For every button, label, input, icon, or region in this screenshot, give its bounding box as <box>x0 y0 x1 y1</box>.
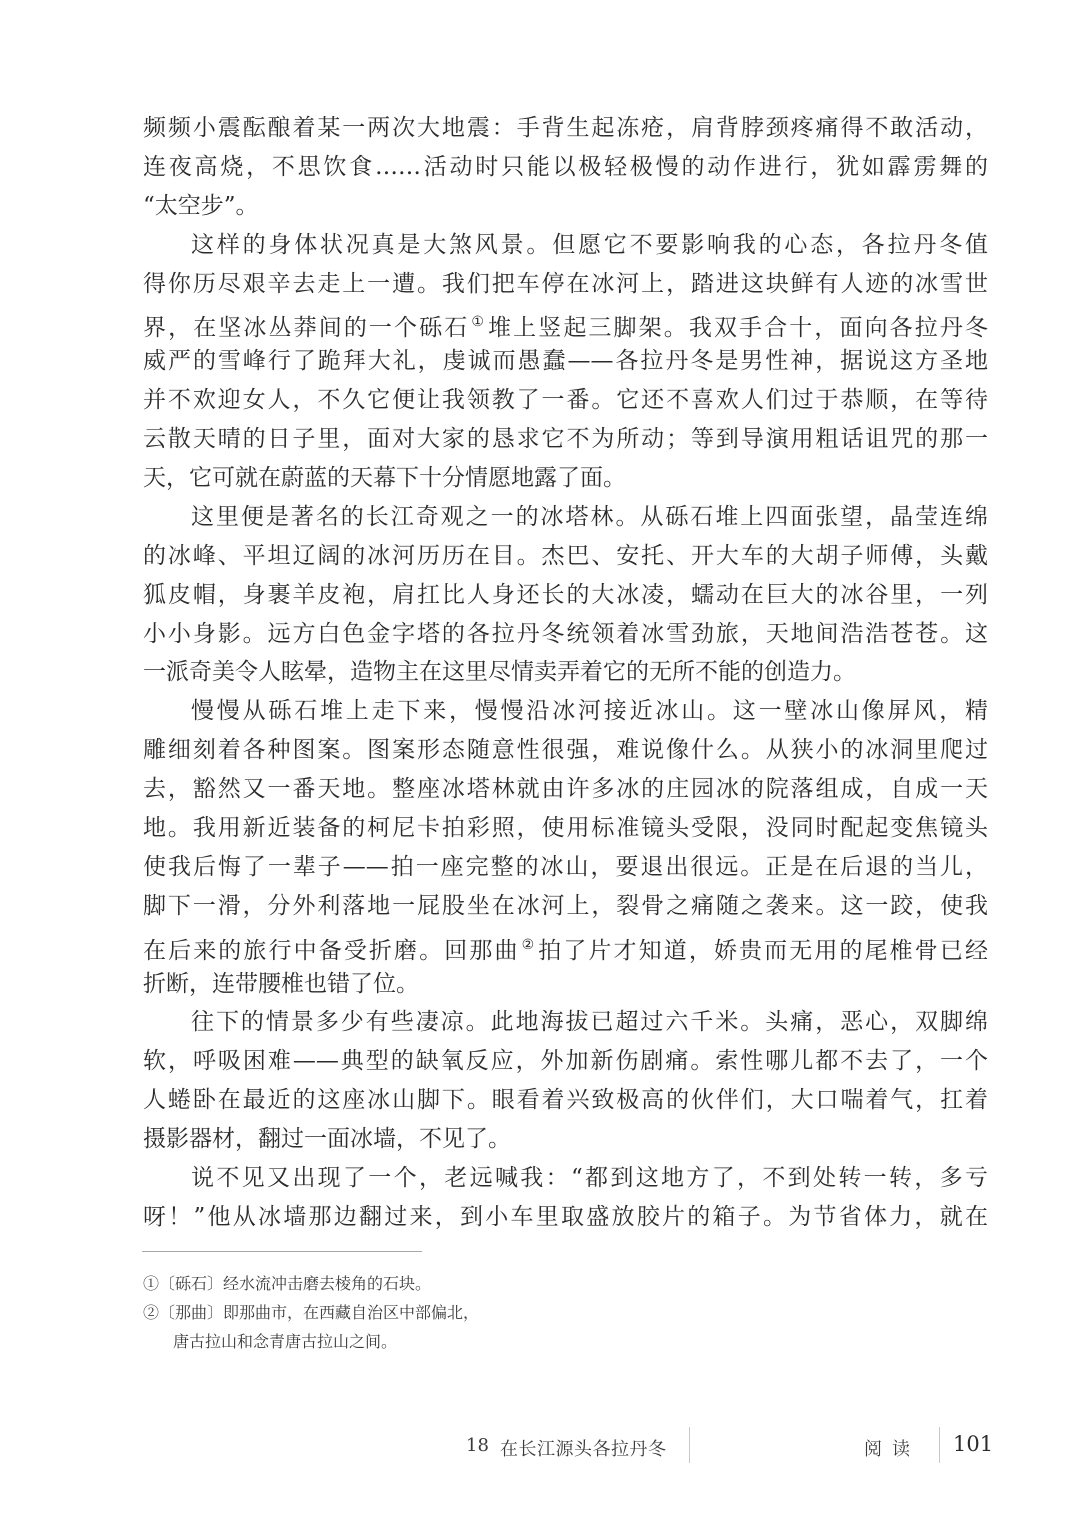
footnote-text: 即那曲市，在西藏自治区中部偏北， <box>223 1303 479 1322</box>
line-text: 界，在坚冰丛莽间的一个砾石 <box>143 315 469 341</box>
page-number: 101 <box>953 1432 993 1456</box>
line-text: 折断，连带腰椎也错了位。 <box>143 971 419 997</box>
line-text: 拍了片才知道，娇贵而无用的尾椎骨已经 <box>538 938 988 964</box>
text-line: 脚下一滑，分外利落地一屁股坐在冰河上，裂骨之痛随之袭来。这一跤，使我 <box>143 887 988 926</box>
footnote-ref-1[interactable]: ① <box>471 314 486 330</box>
paragraph-start-line: 这样的身体状况真是大煞风景。但愿它不要影响我的心态，各拉丹冬值 <box>143 226 988 265</box>
line-text: 狐皮帽，身裹羊皮袍，肩扛比人身还长的大冰凌，蠕动在巨大的冰谷里，一列 <box>143 582 988 608</box>
text-line: 的冰峰、平坦辽阔的冰河历历在目。杰巴、安托、开大车的大胡子师傅，头戴 <box>143 537 988 576</box>
line-text: 在后来的旅行中备受折磨。回那曲 <box>143 938 520 964</box>
footnote-marker: ② <box>143 1303 159 1322</box>
line-text: 天，它可就在蔚蓝的天幕下十分情愿地露了面。 <box>143 465 626 491</box>
footnote-2: ②〔那曲〕即那曲市，在西藏自治区中部偏北， <box>143 1298 743 1327</box>
line-text: 慢慢从砾石堆上走下来，慢慢沿冰河接近冰山。这一壁冰山像屏风，精 <box>191 698 988 724</box>
line-text: 去，豁然又一番天地。整座冰塔林就由许多冰的庄园冰的院落组成，自成一天 <box>143 776 988 802</box>
text-line: 呀！”他从冰墙那边翻过来，到小车里取盛放胶片的箱子。为节省体力，就在 <box>143 1198 988 1237</box>
footer-divider <box>939 1427 940 1463</box>
footnote-ref-2[interactable]: ② <box>522 937 537 953</box>
line-text: 堆上竖起三脚架。我双手合十，面向各拉丹冬 <box>488 315 988 341</box>
text-line: 得你历尽艰辛去走上一遭。我们把车停在冰河上，踏进这块鲜有人迹的冰雪世 <box>143 265 988 304</box>
text-line: 并不欢迎女人，不久它便让我领教了一番。它还不喜欢人们过于恭顺，在等待 <box>143 381 988 420</box>
line-text: 往下的情景多少有些凄凉。此地海拔已超过六千米。头痛，恶心，双脚绵 <box>191 1009 988 1035</box>
line-text: 得你历尽艰辛去走上一遭。我们把车停在冰河上，踏进这块鲜有人迹的冰雪世 <box>143 271 988 297</box>
text-line: 云散天晴的日子里，面对大家的恳求它不为所动；等到导演用粗话诅咒的那一 <box>143 420 988 459</box>
text-line: 软，呼吸困难——典型的缺氧反应，外加新伤剧痛。索性哪儿都不去了，一个 <box>143 1042 988 1081</box>
text-line: 连夜高烧，不思饮食……活动时只能以极轻极慢的动作进行，犹如霹雳舞的 <box>143 148 988 187</box>
line-text: 软，呼吸困难——典型的缺氧反应，外加新伤剧痛。索性哪儿都不去了，一个 <box>143 1048 988 1074</box>
paragraph-start-line: 往下的情景多少有些凄凉。此地海拔已超过六千米。头痛，恶心，双脚绵 <box>143 1003 988 1042</box>
text-line: 界，在坚冰丛莽间的一个砾石①堆上竖起三脚架。我双手合十，面向各拉丹冬 <box>143 303 988 342</box>
text-line: 狐皮帽，身裹羊皮袍，肩扛比人身还长的大冰凌，蠕动在巨大的冰谷里，一列 <box>143 576 988 615</box>
line-text: 连夜高烧，不思饮食……活动时只能以极轻极慢的动作进行，犹如霹雳舞的 <box>143 154 988 180</box>
footnote-2-continuation: 唐古拉山和念青唐古拉山之间。 <box>143 1327 743 1356</box>
text-line: 去，豁然又一番天地。整座冰塔林就由许多冰的庄园冰的院落组成，自成一天 <box>143 770 988 809</box>
text-line: 频频小震酝酿着某一两次大地震：手背生起冻疮，肩背脖颈疼痛得不敢活动， <box>143 109 988 148</box>
chapter-title: 在长江源头各拉丹冬 <box>500 1435 667 1461</box>
text-line: 在后来的旅行中备受折磨。回那曲②拍了片才知道，娇贵而无用的尾椎骨已经 <box>143 926 988 965</box>
line-text: “太空步”。 <box>143 193 259 219</box>
text-line: 雕细刻着各种图案。图案形态随意性很强，难说像什么。从狭小的冰洞里爬过 <box>143 731 988 770</box>
footnote-term: 〔那曲〕 <box>159 1303 223 1322</box>
footnotes: ①〔砾石〕经水流冲击磨去棱角的石块。 ②〔那曲〕即那曲市，在西藏自治区中部偏北，… <box>143 1269 743 1356</box>
footnote-divider <box>142 1251 422 1252</box>
line-text: 人蜷卧在最近的这座冰山脚下。眼看着兴致极高的伙伴们，大口喘着气，扛着 <box>143 1087 988 1113</box>
chapter-number: 18 <box>466 1435 489 1456</box>
line-text: 摄影器材，翻过一面冰墙，不见了。 <box>143 1126 511 1152</box>
footnote-1: ①〔砾石〕经水流冲击磨去棱角的石块。 <box>143 1269 743 1298</box>
text-line: 威严的雪峰行了跪拜大礼，虔诚而愚蠢——各拉丹冬是男性神，据说这方圣地 <box>143 342 988 381</box>
text-line: 摄影器材，翻过一面冰墙，不见了。 <box>143 1120 988 1159</box>
footer-divider <box>689 1427 690 1463</box>
text-line: 人蜷卧在最近的这座冰山脚下。眼看着兴致极高的伙伴们，大口喘着气，扛着 <box>143 1081 988 1120</box>
line-text: 这样的身体状况真是大煞风景。但愿它不要影响我的心态，各拉丹冬值 <box>191 232 988 258</box>
text-line: 小小身影。远方白色金字塔的各拉丹冬统领着冰雪劲旅，天地间浩浩苍苍。这 <box>143 615 988 654</box>
line-text: 地。我用新近装备的柯尼卡拍彩照，使用标准镜头受限，没同时配起变焦镜头 <box>143 815 988 841</box>
line-text: 雕细刻着各种图案。图案形态随意性很强，难说像什么。从狭小的冰洞里爬过 <box>143 737 988 763</box>
text-line: “太空步”。 <box>143 187 988 226</box>
text-line: 一派奇美令人眩晕，造物主在这里尽情卖弄着它的无所不能的创造力。 <box>143 653 988 692</box>
line-text: 使我后悔了一辈子——拍一座完整的冰山，要退出很远。正是在后退的当儿， <box>143 854 988 880</box>
paragraph-start-line: 这里便是著名的长江奇观之一的冰塔林。从砾石堆上四面张望，晶莹连绵 <box>143 498 988 537</box>
section-label: 阅读 <box>864 1435 920 1461</box>
line-text: 威严的雪峰行了跪拜大礼，虔诚而愚蠢——各拉丹冬是男性神，据说这方圣地 <box>143 348 988 374</box>
text-line: 地。我用新近装备的柯尼卡拍彩照，使用标准镜头受限，没同时配起变焦镜头 <box>143 809 988 848</box>
line-text: 这里便是著名的长江奇观之一的冰塔林。从砾石堆上四面张望，晶莹连绵 <box>191 504 988 530</box>
footnote-text: 经水流冲击磨去棱角的石块。 <box>223 1274 431 1293</box>
footnote-marker: ① <box>143 1274 159 1293</box>
line-text: 脚下一滑，分外利落地一屁股坐在冰河上，裂骨之痛随之袭来。这一跤，使我 <box>143 893 988 919</box>
footnote-text: 唐古拉山和念青唐古拉山之间。 <box>173 1332 397 1351</box>
text-line: 折断，连带腰椎也错了位。 <box>143 965 988 1004</box>
line-text: 呀！”他从冰墙那边翻过来，到小车里取盛放胶片的箱子。为节省体力，就在 <box>143 1204 988 1230</box>
article-body: 频频小震酝酿着某一两次大地震：手背生起冻疮，肩背脖颈疼痛得不敢活动， 连夜高烧，… <box>143 109 988 1237</box>
line-text: 并不欢迎女人，不久它便让我领教了一番。它还不喜欢人们过于恭顺，在等待 <box>143 387 988 413</box>
text-line: 天，它可就在蔚蓝的天幕下十分情愿地露了面。 <box>143 459 988 498</box>
line-text: 一派奇美令人眩晕，造物主在这里尽情卖弄着它的无所不能的创造力。 <box>143 659 856 685</box>
page-footer: 18 在长江源头各拉丹冬 阅读 101 <box>0 1427 1080 1467</box>
line-text: 的冰峰、平坦辽阔的冰河历历在目。杰巴、安托、开大车的大胡子师傅，头戴 <box>143 543 988 569</box>
paragraph-start-line: 慢慢从砾石堆上走下来，慢慢沿冰河接近冰山。这一壁冰山像屏风，精 <box>143 692 988 731</box>
text-line: 使我后悔了一辈子——拍一座完整的冰山，要退出很远。正是在后退的当儿， <box>143 848 988 887</box>
footnote-term: 〔砾石〕 <box>159 1274 223 1293</box>
line-text: 频频小震酝酿着某一两次大地震：手背生起冻疮，肩背脖颈疼痛得不敢活动， <box>143 115 988 141</box>
line-text: 小小身影。远方白色金字塔的各拉丹冬统领着冰雪劲旅，天地间浩浩苍苍。这 <box>143 621 988 647</box>
line-text: 云散天晴的日子里，面对大家的恳求它不为所动；等到导演用粗话诅咒的那一 <box>143 426 988 452</box>
paragraph-start-line: 说不见又出现了一个，老远喊我：“都到这地方了，不到处转一转，多亏 <box>143 1159 988 1198</box>
line-text: 说不见又出现了一个，老远喊我：“都到这地方了，不到处转一转，多亏 <box>191 1165 988 1191</box>
